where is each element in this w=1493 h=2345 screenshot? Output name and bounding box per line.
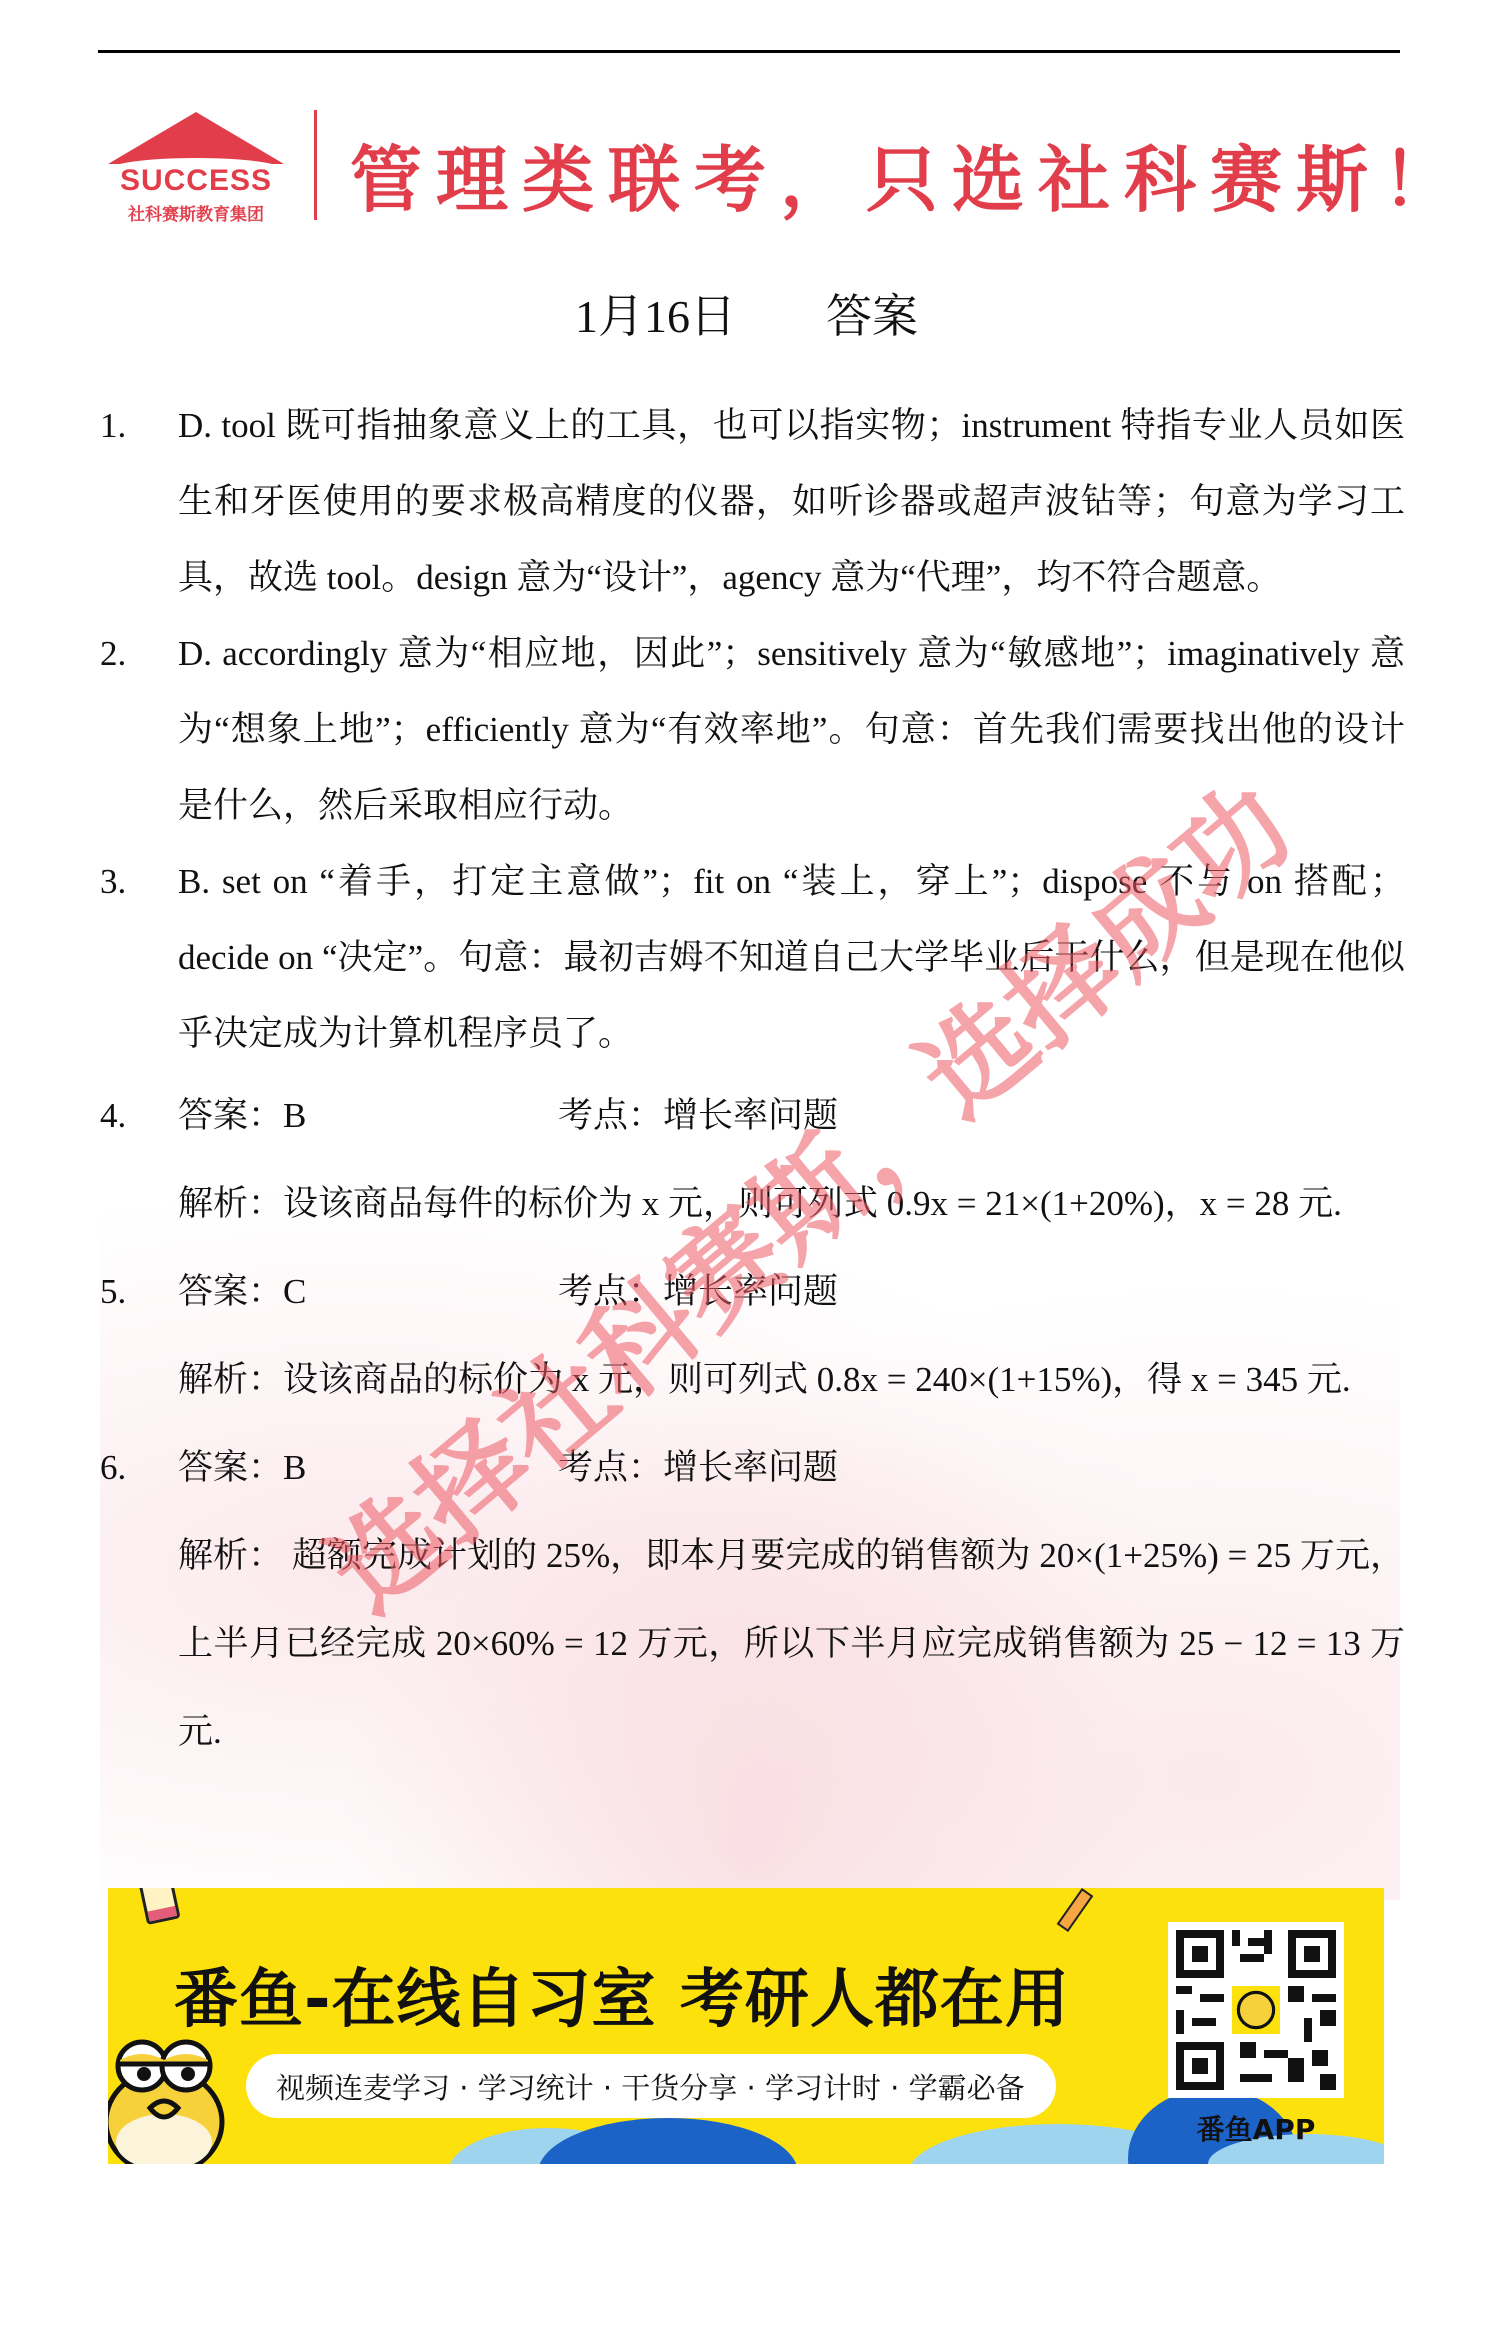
roof-icon	[108, 112, 284, 164]
answer-item-1: 1. D. tool 既可指抽象意义上的工具，也可以指实物；instrument…	[100, 388, 1405, 616]
item-number: 3.	[100, 844, 170, 920]
title-date: 1月16日	[575, 291, 736, 342]
exam-point: 考点：增长率问题	[558, 1424, 838, 1512]
item-number: 6.	[100, 1424, 170, 1512]
qr-code[interactable]	[1168, 1922, 1344, 2098]
header-divider	[314, 110, 317, 220]
feature-pill: 视频连麦学习 · 学习统计 · 干货分享 · 学习计时 · 学霸必备	[246, 2054, 1056, 2118]
item-body: 答案：B 考点：增长率问题 解析： 超额完成计划的 25%，即本月要完成的销售额…	[178, 1424, 1405, 1776]
item-body: 答案：C 考点：增长率问题 解析：设该商品的标价为 x 元，则可列式 0.8x …	[178, 1248, 1405, 1424]
analysis: 解析：设该商品的标价为 x 元，则可列式 0.8x = 240×(1+15%)，…	[178, 1336, 1405, 1424]
page-title: 1月16日答案	[0, 280, 1493, 346]
top-rule	[98, 50, 1400, 53]
answer-item-2: 2. D. accordingly 意为“相应地，因此”；sensitively…	[100, 616, 1405, 844]
banner-title: 番鱼-在线自习室 考研人都在用	[174, 1948, 1070, 2040]
app-ad-banner[interactable]: 番鱼-在线自习室 考研人都在用 视频连麦学习 · 学习统计 · 干货分享 · 学…	[108, 1888, 1384, 2164]
eraser-icon	[137, 1888, 180, 1925]
title-label: 答案	[826, 291, 918, 342]
pufferfish-mascot-icon	[108, 2030, 242, 2164]
item-number: 4.	[100, 1072, 170, 1160]
item-text: B. set on “着手，打定主意做”；fit on “装上，穿上”；disp…	[178, 844, 1405, 1072]
logo-subtitle: 社科赛斯教育集团	[104, 200, 288, 225]
exam-point: 考点：增长率问题	[558, 1072, 838, 1160]
logo-word: SUCCESS	[106, 164, 286, 198]
slogan: 管理类联考，只选社科赛斯！	[350, 122, 1468, 226]
qr-label: 番鱼APP	[1168, 2108, 1344, 2148]
item-body: 答案：B 考点：增长率问题 解析：设该商品每件的标价为 x 元，则可列式 0.9…	[178, 1072, 1405, 1248]
item-number: 2.	[100, 616, 170, 692]
answer-item-3: 3. B. set on “着手，打定主意做”；fit on “装上，穿上”；d…	[100, 844, 1405, 1072]
header: SUCCESS 社科赛斯教育集团 管理类联考，只选社科赛斯！	[100, 108, 1400, 228]
answer-list: 1. D. tool 既可指抽象意义上的工具，也可以指实物；instrument…	[100, 388, 1405, 1776]
item-number: 5.	[100, 1248, 170, 1336]
item-text: D. accordingly 意为“相应地，因此”；sensitively 意为…	[178, 616, 1405, 844]
answer-choice: 答案：C	[178, 1248, 558, 1336]
answer-row: 答案：B 考点：增长率问题	[178, 1424, 1405, 1512]
item-text: D. tool 既可指抽象意义上的工具，也可以指实物；instrument 特指…	[178, 388, 1405, 616]
analysis: 解析： 超额完成计划的 25%，即本月要完成的销售额为 20×(1+25%) =…	[178, 1512, 1405, 1776]
answer-row: 答案：C 考点：增长率问题	[178, 1248, 1405, 1336]
answer-row: 答案：B 考点：增长率问题	[178, 1072, 1405, 1160]
answer-item-4: 4. 答案：B 考点：增长率问题 解析：设该商品每件的标价为 x 元，则可列式 …	[100, 1072, 1405, 1248]
answer-item-5: 5. 答案：C 考点：增长率问题 解析：设该商品的标价为 x 元，则可列式 0.…	[100, 1248, 1405, 1424]
analysis: 解析：设该商品每件的标价为 x 元，则可列式 0.9x = 21×(1+20%)…	[178, 1160, 1405, 1248]
answer-item-6: 6. 答案：B 考点：增长率问题 解析： 超额完成计划的 25%，即本月要完成的…	[100, 1424, 1405, 1776]
exam-point: 考点：增长率问题	[558, 1248, 838, 1336]
pencil-icon	[1057, 1888, 1094, 1932]
feature-list: 视频连麦学习 · 学习统计 · 干货分享 · 学习计时 · 学霸必备	[276, 2066, 1025, 2107]
answer-choice: 答案：B	[178, 1424, 558, 1512]
answer-choice: 答案：B	[178, 1072, 558, 1160]
qr-code-icon	[1168, 1922, 1344, 2098]
wave-shape	[538, 2118, 798, 2164]
item-number: 1.	[100, 388, 170, 464]
success-logo: SUCCESS 社科赛斯教育集团	[100, 108, 290, 228]
